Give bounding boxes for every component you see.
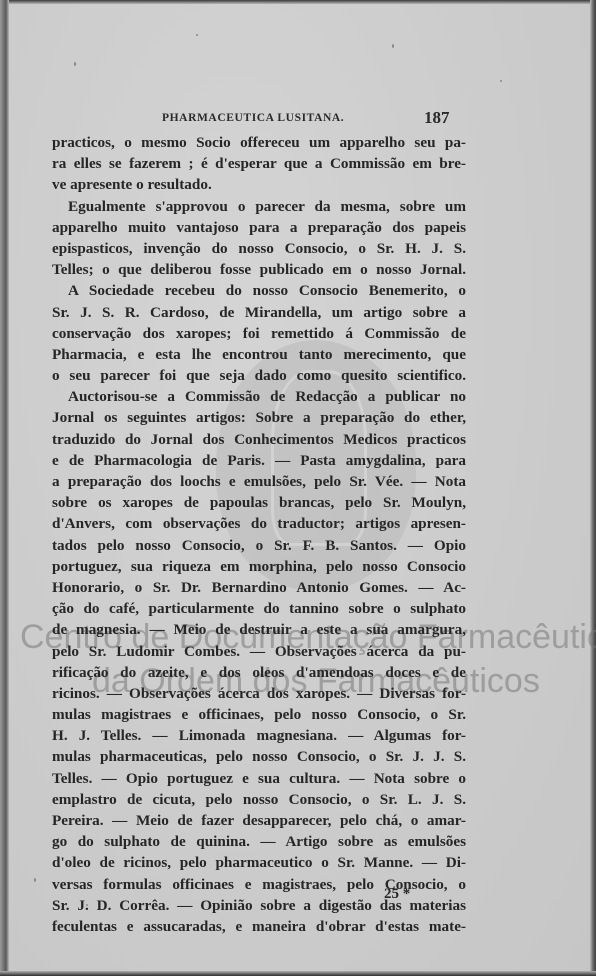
text-line: sobre os xaropes de papoulas brancas, pe… (52, 492, 466, 513)
page-edge-bottom (0, 971, 596, 976)
paper-speck (74, 62, 76, 66)
text-line: conservação dos xaropes; foi remettido á… (52, 323, 466, 344)
text-line: pelo Sr. Ludomir Combes. — Observações á… (52, 641, 466, 662)
text-line: d'oleo de ricinos, pelo pharmaceutico o … (52, 852, 466, 873)
paragraph: Egualmente s'approvou o parecer da mesma… (52, 196, 466, 281)
text-line: o seu parecer foi que seja dado como que… (52, 365, 466, 386)
text-line: e de Pharmacologia de Paris. — Pasta amy… (52, 450, 466, 471)
text-line: epispasticos, invenção do nosso Consocio… (52, 238, 466, 259)
text-line: portuguez, sua riqueza em morphina, pelo… (52, 556, 466, 577)
page-number: 187 (424, 108, 450, 128)
running-title: PHARMACEUTICA LUSITANA. (162, 112, 344, 124)
text-line: ricinos. — Observações ácerca dos xarope… (52, 683, 466, 704)
body-text: practicos, o mesmo Socio offereceu um ap… (52, 132, 466, 937)
text-line: a preparação dos loochs e emulsões, pelo… (52, 471, 466, 492)
text-line: Pereira. — Meio de fazer desapparecer, p… (52, 810, 466, 831)
scanned-page: Centro de Documentação Farmacêutica da O… (0, 0, 596, 976)
text-line: practicos, o mesmo Socio offereceu um ap… (52, 132, 466, 153)
text-line: d'Anvers, com observações do traductor; … (52, 513, 466, 534)
page-edge-left (0, 0, 9, 976)
text-line: Sr. J. S. R. Cardoso, de Mirandella, um … (52, 302, 466, 323)
text-line: ve apresente o resultado. (52, 174, 466, 195)
text-line: Pharmacia, e esta lhe encontrou tanto me… (52, 344, 466, 365)
text-line: Auctorisou-se a Commissão de Redacção a … (52, 386, 466, 407)
text-line: Jornal os seguintes artigos: Sobre a pre… (52, 407, 466, 428)
text-line: H. J. Telles. — Limonada magnesiana. — A… (52, 725, 466, 746)
text-line: rificação do azeite, e dos oleos d'amend… (52, 662, 466, 683)
text-line: mulas pharmaceuticas, pelo nosso Consoci… (52, 746, 466, 767)
text-line: feculentas e assucaradas, e maneira d'ob… (52, 916, 466, 937)
text-line: ra elles se fazerem ; é d'esperar que a … (52, 153, 466, 174)
paper-speck (500, 80, 502, 82)
paper-speck (196, 34, 198, 36)
page-edge-top (0, 0, 596, 4)
paper-speck (392, 44, 394, 48)
text-line: Telles. — Opio portuguez e sua cultura. … (52, 768, 466, 789)
text-line: Honorario, o Sr. Dr. Bernardino Antonio … (52, 577, 466, 598)
text-line: Egualmente s'approvou o parecer da mesma… (52, 196, 466, 217)
text-line: de magnesia. — Meio de destruir a este a… (52, 619, 466, 640)
text-line: tados pelo nosso Consocio, o Sr. F. B. S… (52, 535, 466, 556)
paragraph: practicos, o mesmo Socio offereceu um ap… (52, 132, 466, 196)
text-line: A Sociedade recebeu do nosso Consocio Be… (52, 280, 466, 301)
text-line: Telles; o que deliberou fosse publicado … (52, 259, 466, 280)
paragraph: A Sociedade recebeu do nosso Consocio Be… (52, 280, 466, 386)
paragraph: Auctorisou-se a Commissão de Redacção a … (52, 386, 466, 937)
text-line: apparelho muito vantajoso para a prepara… (52, 217, 466, 238)
signature-mark: 25 * (384, 886, 410, 903)
text-line: go do sulphato de quinina. — Artigo sobr… (52, 831, 466, 852)
text-line: emplastro de cicuta, pelo nosso Consocio… (52, 789, 466, 810)
text-line: ção do café, particularmente do tannino … (52, 598, 466, 619)
page-edge-right (590, 0, 596, 976)
paper-speck (34, 878, 36, 882)
text-line: mulas magistraes e officinaes, pelo noss… (52, 704, 466, 725)
text-line: traduzido do Jornal dos Conhecimentos Me… (52, 429, 466, 450)
